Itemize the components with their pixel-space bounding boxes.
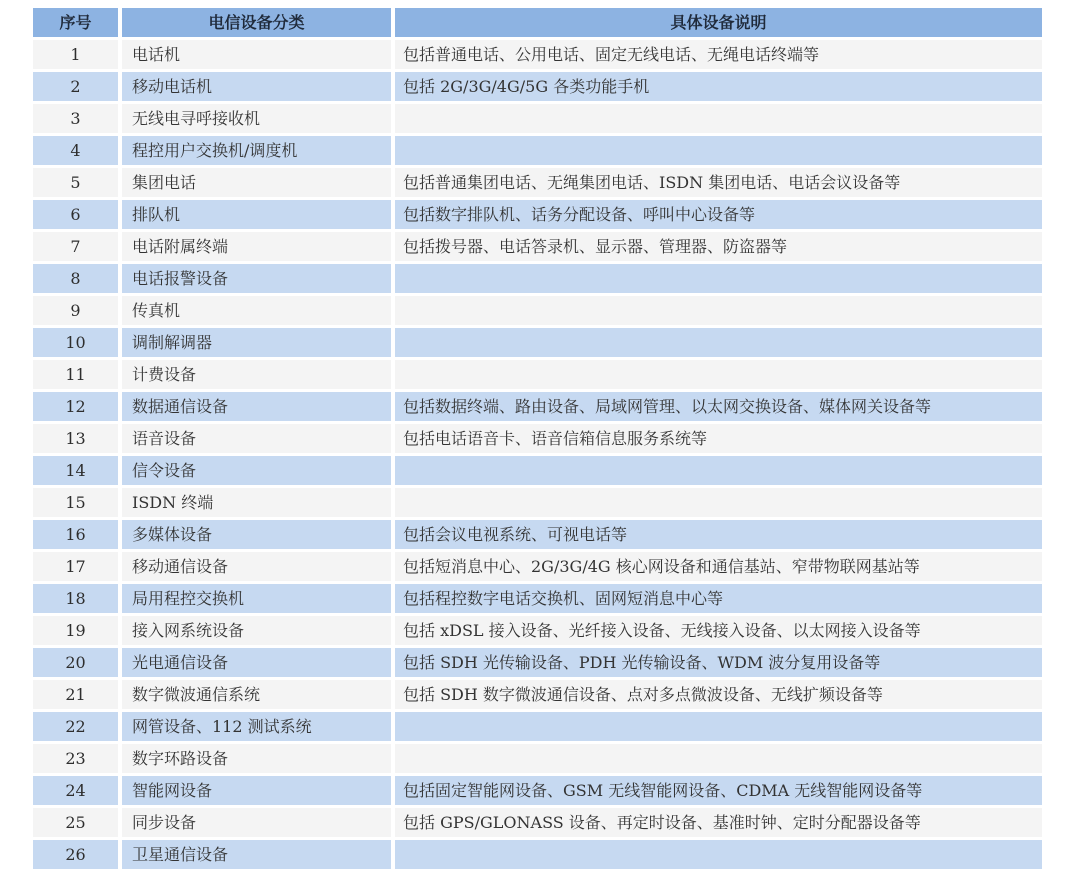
row-index: 24 [33, 776, 118, 805]
row-description [395, 744, 1042, 773]
row-category: 接入网系统设备 [122, 616, 391, 645]
header-category: 电信设备分类 [122, 8, 391, 37]
table-row: 21数字微波通信系统包括 SDH 数字微波通信设备、点对多点微波设备、无线扩频设… [33, 680, 1042, 709]
row-category: 网管设备、112 测试系统 [122, 712, 391, 741]
row-description [395, 296, 1042, 325]
row-description: 包括 GPS/GLONASS 设备、再定时设备、基准时钟、定时分配器设备等 [395, 808, 1042, 837]
table-row: 18局用程控交换机包括程控数字电话交换机、固网短消息中心等 [33, 584, 1042, 613]
header-index: 序号 [33, 8, 118, 37]
row-index: 26 [33, 840, 118, 869]
row-index: 14 [33, 456, 118, 485]
row-index: 12 [33, 392, 118, 421]
telecom-device-table: 序号 电信设备分类 具体设备说明 1电话机包括普通电话、公用电话、固定无线电话、… [29, 5, 1046, 872]
row-description: 包括短消息中心、2G/3G/4G 核心网设备和通信基站、窄带物联网基站等 [395, 552, 1042, 581]
row-description [395, 456, 1042, 485]
table-row: 1电话机包括普通电话、公用电话、固定无线电话、无绳电话终端等 [33, 40, 1042, 69]
row-description [395, 264, 1042, 293]
row-index: 2 [33, 72, 118, 101]
table-row: 23数字环路设备 [33, 744, 1042, 773]
row-index: 4 [33, 136, 118, 165]
table-row: 11计费设备 [33, 360, 1042, 389]
row-index: 1 [33, 40, 118, 69]
row-category: 电话附属终端 [122, 232, 391, 261]
row-index: 9 [33, 296, 118, 325]
row-category: 移动通信设备 [122, 552, 391, 581]
row-index: 10 [33, 328, 118, 357]
row-category: 卫星通信设备 [122, 840, 391, 869]
row-index: 8 [33, 264, 118, 293]
row-description: 包括固定智能网设备、GSM 无线智能网设备、CDMA 无线智能网设备等 [395, 776, 1042, 805]
row-description: 包括普通电话、公用电话、固定无线电话、无绳电话终端等 [395, 40, 1042, 69]
row-category: 数字环路设备 [122, 744, 391, 773]
row-index: 23 [33, 744, 118, 773]
row-category: 程控用户交换机/调度机 [122, 136, 391, 165]
table-row: 7电话附属终端包括拨号器、电话答录机、显示器、管理器、防盗器等 [33, 232, 1042, 261]
table-row: 8电话报警设备 [33, 264, 1042, 293]
table-row: 6排队机包括数字排队机、话务分配设备、呼叫中心设备等 [33, 200, 1042, 229]
table-row: 24智能网设备包括固定智能网设备、GSM 无线智能网设备、CDMA 无线智能网设… [33, 776, 1042, 805]
table-row: 12数据通信设备包括数据终端、路由设备、局域网管理、以太网交换设备、媒体网关设备… [33, 392, 1042, 421]
table-row: 14信令设备 [33, 456, 1042, 485]
row-description [395, 104, 1042, 133]
row-category: 数字微波通信系统 [122, 680, 391, 709]
row-index: 21 [33, 680, 118, 709]
row-index: 17 [33, 552, 118, 581]
row-category: 电话机 [122, 40, 391, 69]
row-category: 集团电话 [122, 168, 391, 197]
row-description [395, 488, 1042, 517]
row-index: 19 [33, 616, 118, 645]
table-row: 16多媒体设备包括会议电视系统、可视电话等 [33, 520, 1042, 549]
row-description: 包括 xDSL 接入设备、光纤接入设备、无线接入设备、以太网接入设备等 [395, 616, 1042, 645]
row-description: 包括 SDH 光传输设备、PDH 光传输设备、WDM 波分复用设备等 [395, 648, 1042, 677]
table-row: 9传真机 [33, 296, 1042, 325]
row-category: 语音设备 [122, 424, 391, 453]
row-category: 局用程控交换机 [122, 584, 391, 613]
table-row: 2移动电话机包括 2G/3G/4G/5G 各类功能手机 [33, 72, 1042, 101]
row-category: 信令设备 [122, 456, 391, 485]
table-body: 1电话机包括普通电话、公用电话、固定无线电话、无绳电话终端等2移动电话机包括 2… [33, 40, 1042, 869]
row-category: 同步设备 [122, 808, 391, 837]
row-description [395, 360, 1042, 389]
table-row: 15ISDN 终端 [33, 488, 1042, 517]
row-index: 20 [33, 648, 118, 677]
row-description [395, 328, 1042, 357]
row-category: 移动电话机 [122, 72, 391, 101]
row-description [395, 712, 1042, 741]
row-index: 16 [33, 520, 118, 549]
row-category: ISDN 终端 [122, 488, 391, 517]
row-description [395, 840, 1042, 869]
row-index: 5 [33, 168, 118, 197]
row-category: 电话报警设备 [122, 264, 391, 293]
row-description: 包括电话语音卡、语音信箱信息服务系统等 [395, 424, 1042, 453]
table-row: 26卫星通信设备 [33, 840, 1042, 869]
table-row: 20光电通信设备包括 SDH 光传输设备、PDH 光传输设备、WDM 波分复用设… [33, 648, 1042, 677]
row-index: 11 [33, 360, 118, 389]
row-description: 包括数据终端、路由设备、局域网管理、以太网交换设备、媒体网关设备等 [395, 392, 1042, 421]
table-row: 3无线电寻呼接收机 [33, 104, 1042, 133]
row-category: 多媒体设备 [122, 520, 391, 549]
table-row: 5集团电话包括普通集团电话、无绳集团电话、ISDN 集团电话、电话会议设备等 [33, 168, 1042, 197]
row-category: 传真机 [122, 296, 391, 325]
row-description: 包括 2G/3G/4G/5G 各类功能手机 [395, 72, 1042, 101]
row-index: 7 [33, 232, 118, 261]
row-index: 18 [33, 584, 118, 613]
row-description: 包括拨号器、电话答录机、显示器、管理器、防盗器等 [395, 232, 1042, 261]
table-row: 25同步设备包括 GPS/GLONASS 设备、再定时设备、基准时钟、定时分配器… [33, 808, 1042, 837]
row-description: 包括程控数字电话交换机、固网短消息中心等 [395, 584, 1042, 613]
row-index: 15 [33, 488, 118, 517]
row-index: 25 [33, 808, 118, 837]
row-category: 调制解调器 [122, 328, 391, 357]
row-description: 包括数字排队机、话务分配设备、呼叫中心设备等 [395, 200, 1042, 229]
row-category: 计费设备 [122, 360, 391, 389]
table-row: 13语音设备包括电话语音卡、语音信箱信息服务系统等 [33, 424, 1042, 453]
row-category: 排队机 [122, 200, 391, 229]
row-description: 包括会议电视系统、可视电话等 [395, 520, 1042, 549]
row-description: 包括 SDH 数字微波通信设备、点对多点微波设备、无线扩频设备等 [395, 680, 1042, 709]
row-index: 3 [33, 104, 118, 133]
table-row: 22网管设备、112 测试系统 [33, 712, 1042, 741]
row-description [395, 136, 1042, 165]
table-row: 19接入网系统设备包括 xDSL 接入设备、光纤接入设备、无线接入设备、以太网接… [33, 616, 1042, 645]
table-header-row: 序号 电信设备分类 具体设备说明 [33, 8, 1042, 37]
row-category: 智能网设备 [122, 776, 391, 805]
row-index: 6 [33, 200, 118, 229]
row-category: 数据通信设备 [122, 392, 391, 421]
table-row: 17移动通信设备包括短消息中心、2G/3G/4G 核心网设备和通信基站、窄带物联… [33, 552, 1042, 581]
table-row: 4程控用户交换机/调度机 [33, 136, 1042, 165]
row-index: 13 [33, 424, 118, 453]
table-row: 10调制解调器 [33, 328, 1042, 357]
row-index: 22 [33, 712, 118, 741]
row-category: 光电通信设备 [122, 648, 391, 677]
row-description: 包括普通集团电话、无绳集团电话、ISDN 集团电话、电话会议设备等 [395, 168, 1042, 197]
row-category: 无线电寻呼接收机 [122, 104, 391, 133]
header-description: 具体设备说明 [395, 8, 1042, 37]
